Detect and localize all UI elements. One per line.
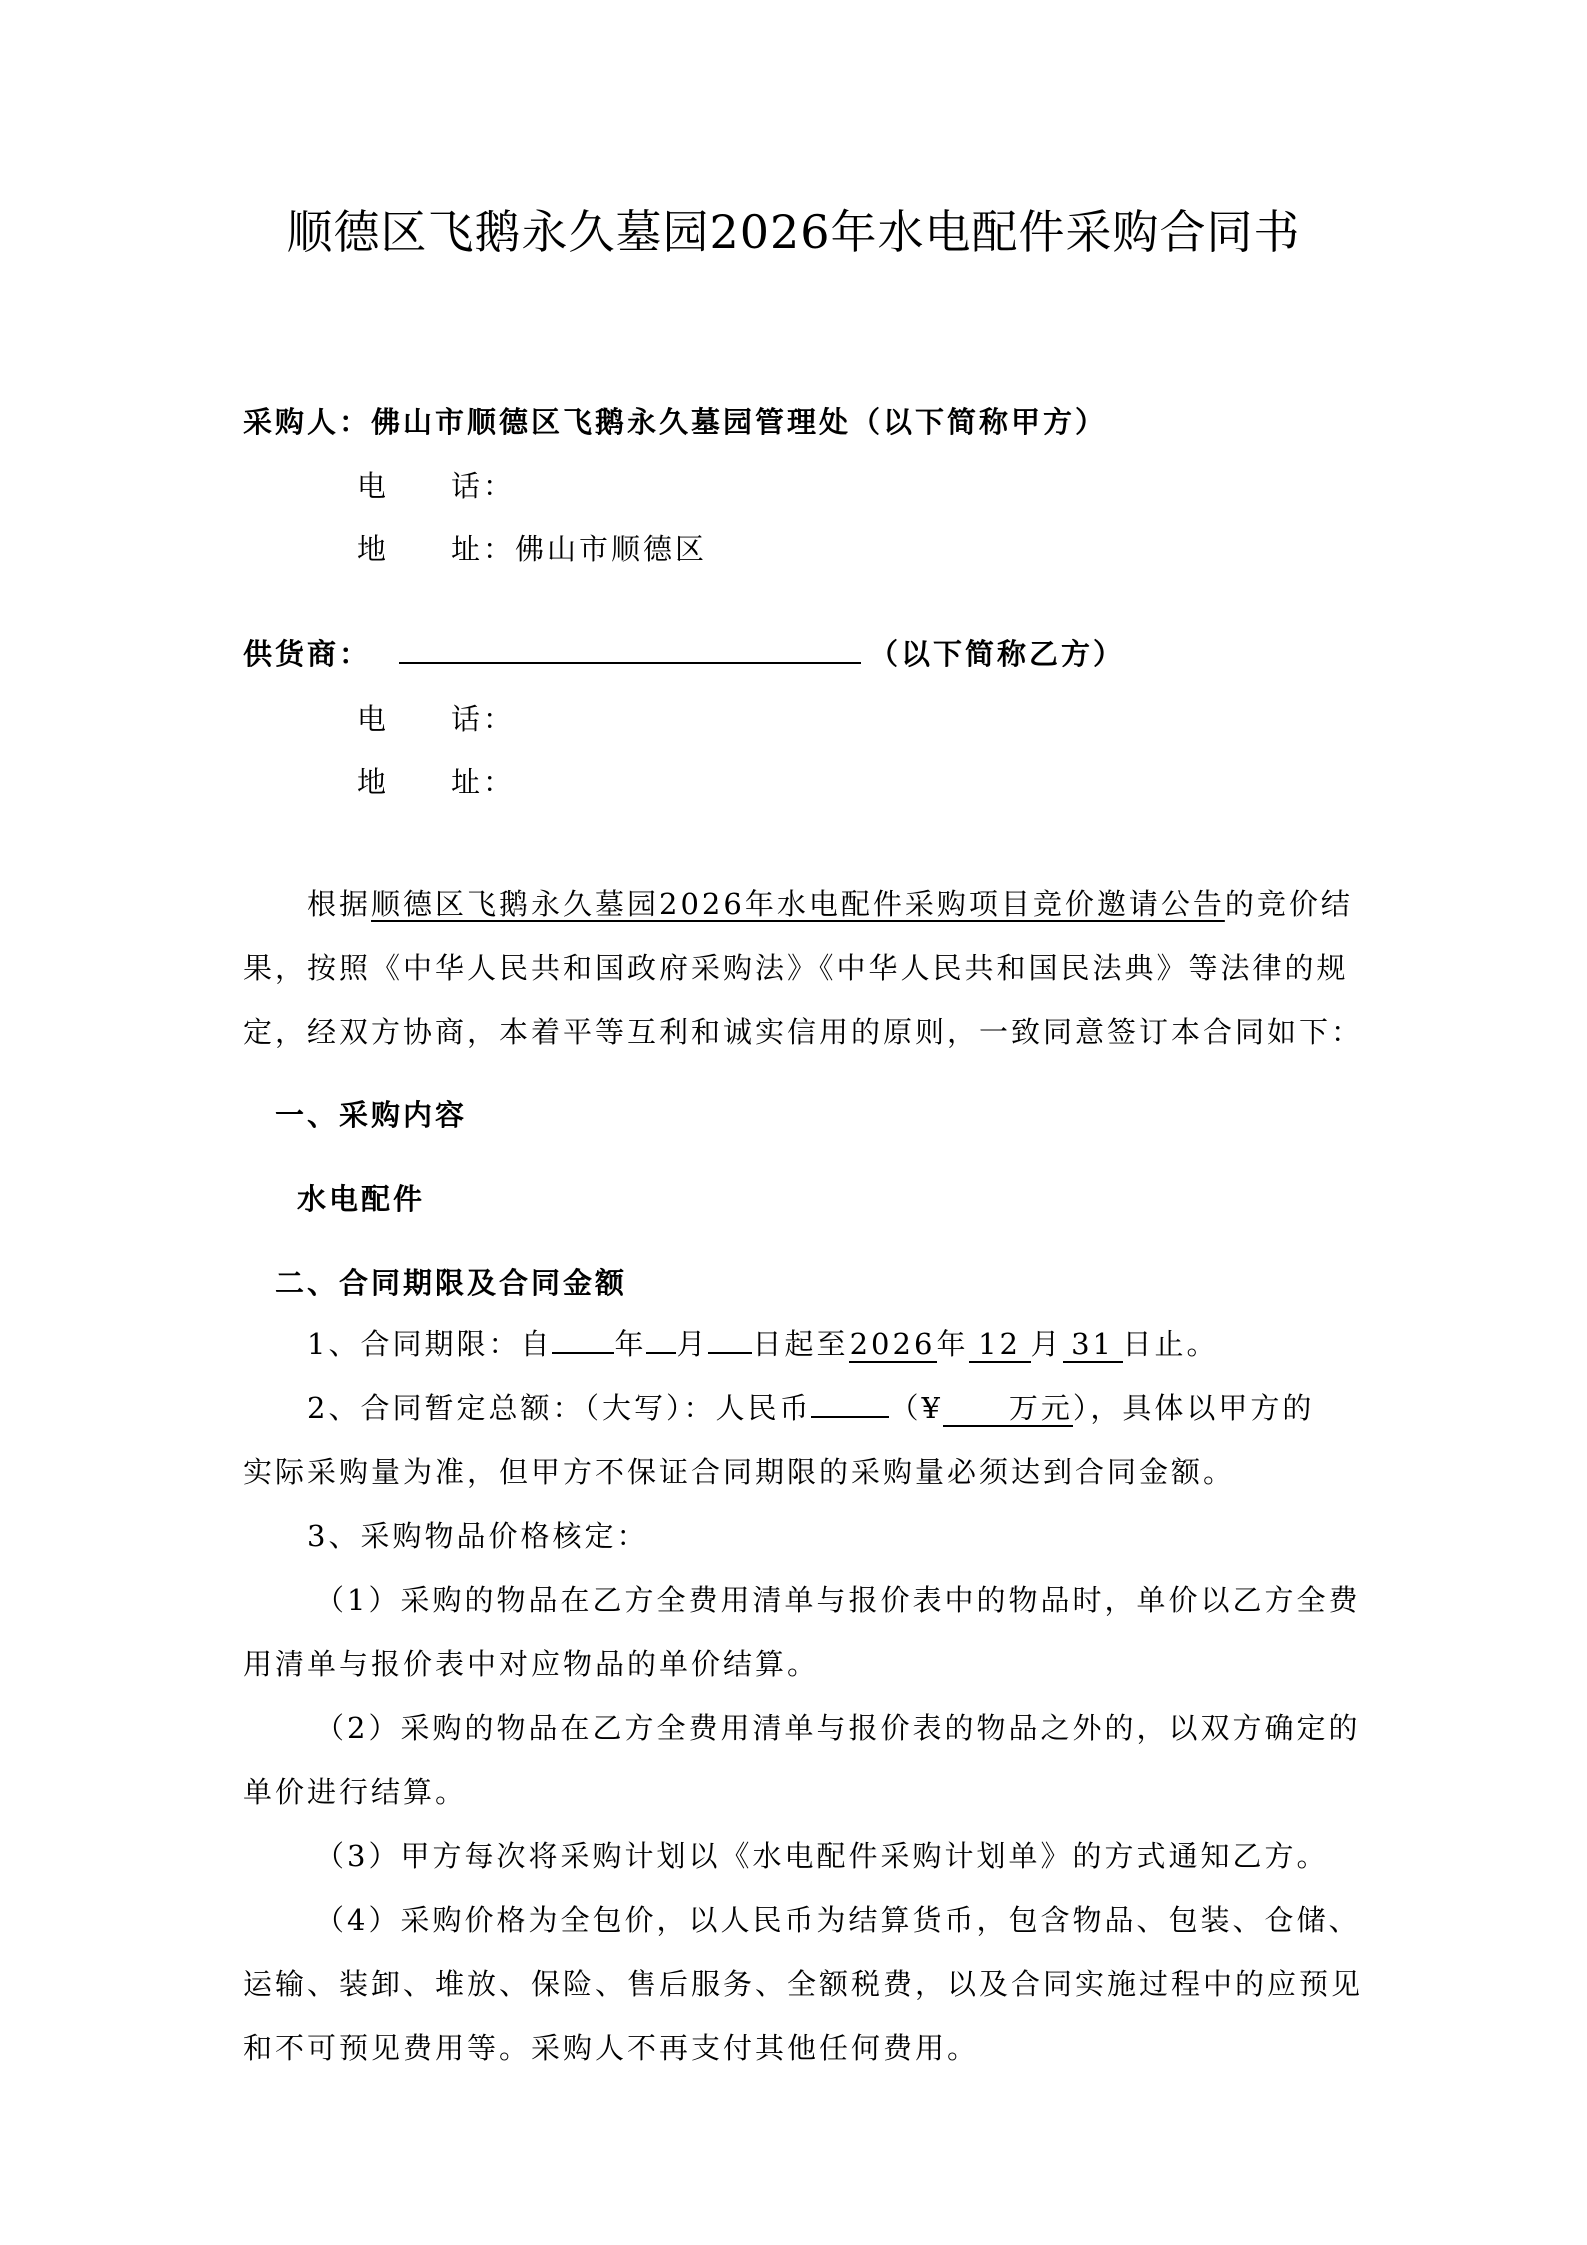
pricing-item-4-line-3: 和不可预见费用等。采购人不再支付其他任何费用。: [243, 2026, 979, 2067]
pricing-item-4-line-1: （4）采购价格为全包价，以人民币为结算货币，包含物品、包装、仓储、: [315, 1898, 1360, 1939]
purchaser-name: 佛山市顺德区飞鹅永久墓园管理处（以下简称甲方）: [371, 405, 1107, 439]
purchaser-phone-row: 电话：: [357, 464, 515, 505]
pricing-item-3-line-1: （3）甲方每次将采购计划以《水电配件采购计划单》的方式通知乙方。: [315, 1834, 1328, 1875]
supplier-address-label-1: 地: [357, 765, 389, 799]
purchaser-phone-label-1: 电: [357, 469, 389, 503]
contract-term-row: 1、合同期限：自年月日起至2026年12月31日止。: [307, 1322, 1219, 1363]
pricing-item-2-line-2: 单价进行结算。: [243, 1770, 467, 1811]
supplier-suffix: （以下简称乙方）: [869, 637, 1125, 671]
document-title: 顺德区飞鹅永久墓园2026年水电配件采购合同书: [0, 196, 1587, 262]
supplier-address-row: 地址：: [357, 760, 515, 801]
amount-unit: 万元: [943, 1391, 1073, 1427]
term-prefix: 1、合同期限：自: [307, 1327, 552, 1361]
intro-line-2: 果，按照《中华人民共和国政府采购法》《中华人民共和国民法典》等法律的规: [243, 946, 1349, 987]
supplier-phone-label-2: 话：: [451, 702, 515, 736]
amount-prefix: 2、合同暂定总额：（大写）：人民币: [307, 1391, 811, 1425]
section-1-heading: 一、采购内容: [275, 1093, 467, 1134]
contract-amount-row: 2、合同暂定总额：（大写）：人民币（¥万元），具体以甲方的: [307, 1386, 1314, 1427]
section-1-content: 水电配件: [297, 1177, 425, 1218]
purchaser-phone-label-2: 话：: [451, 469, 515, 503]
purchaser-address-label-2: 址：: [451, 532, 515, 566]
pricing-item-1-line-2: 用清单与报价表中对应物品的单价结算。: [243, 1642, 819, 1683]
pricing-item-1-line-1: （1）采购的物品在乙方全费用清单与报价表中的物品时，单价以乙方全费: [315, 1578, 1360, 1619]
supplier-row: 供货商：（以下简称乙方）: [243, 632, 1125, 673]
end-month-value: 12: [969, 1327, 1031, 1363]
amount-words-blank[interactable]: [811, 1386, 889, 1418]
supplier-phone-row: 电话：: [357, 697, 515, 738]
intro-line-1: 根据顺德区飞鹅永久墓园2026年水电配件采购项目竞价邀请公告的竞价结: [307, 882, 1353, 923]
amount-line-2: 实际采购量为准，但甲方不保证合同期限的采购量必须达到合同金额。: [243, 1450, 1235, 1491]
announcement-reference: 顺德区飞鹅永久墓园2026年水电配件采购项目竞价邀请公告: [371, 887, 1225, 921]
purchaser-address-value: 佛山市顺德区: [515, 532, 707, 566]
term-day-label: 日起至: [752, 1327, 848, 1361]
pricing-heading: 3、采购物品价格核定：: [307, 1514, 648, 1555]
amount-paren-open: （¥: [889, 1391, 942, 1425]
supplier-phone-label-1: 电: [357, 702, 389, 736]
purchaser-label: 采购人：: [243, 405, 371, 439]
end-day-value: 31: [1063, 1327, 1123, 1363]
purchaser-address-row: 地址：佛山市顺德区: [357, 527, 707, 568]
supplier-label: 供货商：: [243, 637, 371, 671]
amount-suffix: ），具体以甲方的: [1073, 1391, 1315, 1425]
start-year-blank[interactable]: [552, 1322, 614, 1354]
pricing-item-2-line-1: （2）采购的物品在乙方全费用清单与报价表的物品之外的，以双方确定的: [315, 1706, 1360, 1747]
term-end-year-label: 年: [937, 1327, 969, 1361]
purchaser-row: 采购人：佛山市顺德区飞鹅永久墓园管理处（以下简称甲方）: [243, 400, 1107, 441]
supplier-name-blank[interactable]: [399, 632, 861, 664]
intro-prefix: 根据: [307, 887, 371, 921]
supplier-address-label-2: 址：: [451, 765, 515, 799]
pricing-item-4-line-2: 运输、装卸、堆放、保险、售后服务、全额税费，以及合同实施过程中的应预见: [243, 1962, 1363, 2003]
end-year-value: 2026: [849, 1327, 937, 1363]
intro-line-3: 定，经双方协商，本着平等互利和诚实信用的原则，一致同意签订本合同如下：: [243, 1010, 1363, 1051]
start-month-blank[interactable]: [646, 1322, 676, 1354]
term-month-label: 月: [676, 1327, 708, 1361]
start-day-blank[interactable]: [708, 1322, 752, 1354]
term-end-day-label: 日止。: [1123, 1327, 1219, 1361]
intro-suffix: 的竞价结: [1225, 887, 1353, 921]
term-end-month-label: 月: [1031, 1327, 1063, 1361]
purchaser-address-label-1: 地: [357, 532, 389, 566]
term-year-label: 年: [614, 1327, 646, 1361]
section-2-heading: 二、合同期限及合同金额: [275, 1261, 627, 1302]
